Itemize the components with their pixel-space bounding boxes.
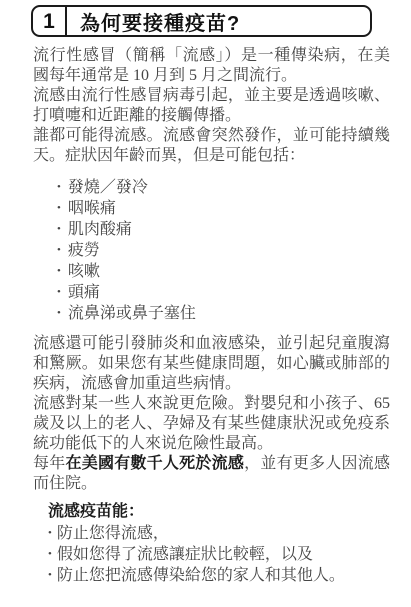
section-number: 1 bbox=[33, 7, 65, 35]
vaccine-benefit-item: •假如您得了流感讓症狀比較輕，以及 bbox=[48, 544, 390, 565]
section-title: 為何要接種疫苗? bbox=[67, 7, 240, 35]
mortality-prefix: 每年 bbox=[33, 455, 65, 472]
vaccine-benefit-item: •防止您把流感傳染給您的家人和其他人。 bbox=[48, 565, 390, 586]
list-item-text: 疲勞 bbox=[68, 242, 100, 259]
bullet-icon: • bbox=[57, 223, 61, 235]
section-header-box: 1 為何要接種疫苗? bbox=[31, 5, 372, 37]
paragraph-flu-transmission: 流感由流行性感冒病毒引起，並主要是透過咳嗽、打噴嚏和近距離的接觸傳播。 bbox=[33, 86, 390, 126]
bullet-icon: • bbox=[57, 202, 61, 214]
paragraph-flu-definition: 流行性感冒（簡稱「流感」）是一種傳染病，在美國每年通常是 10 月到 5 月之間… bbox=[33, 46, 390, 86]
paragraph-complications: 流感還可能引發肺炎和血液感染，並引起兒童腹瀉和驚厥。如果您有某些健康問題，如心臟… bbox=[33, 334, 390, 394]
list-item-text: 發燒／發冷 bbox=[68, 179, 148, 196]
bullet-icon: • bbox=[57, 265, 61, 277]
bullet-icon: • bbox=[57, 286, 61, 298]
bullet-icon: • bbox=[48, 548, 52, 560]
list-item-text: 假如您得了流感讓症狀比較輕，以及 bbox=[57, 546, 313, 563]
symptom-list: •發燒／發冷•咽喉痛•肌肉酸痛•疲勞•咳嗽•頭痛•流鼻涕或鼻子塞住 bbox=[33, 177, 390, 324]
symptom-item: •肌肉酸痛 bbox=[57, 219, 390, 240]
paragraph-mortality: 每年在美國有數千人死於流感，並有更多人因流感而住院。 bbox=[33, 454, 390, 494]
vaccine-benefits-heading: 流感疫苗能： bbox=[48, 502, 390, 522]
paragraph-flu-onset: 誰都可能得流感。流感會突然發作，並可能持續幾天。症狀因年齡而異，但是可能包括： bbox=[33, 126, 390, 166]
bullet-icon: • bbox=[48, 569, 52, 581]
bullet-icon: • bbox=[48, 527, 52, 539]
list-item-text: 流鼻涕或鼻子塞住 bbox=[68, 305, 196, 322]
list-item-text: 咳嗽 bbox=[68, 263, 100, 280]
symptom-item: •發燒／發冷 bbox=[57, 177, 390, 198]
document-body: 流行性感冒（簡稱「流感」）是一種傳染病，在美國每年通常是 10 月到 5 月之間… bbox=[33, 46, 390, 586]
symptom-item: •疲勞 bbox=[57, 240, 390, 261]
vaccine-benefits-section: 流感疫苗能： •防止您得流感，•假如您得了流感讓症狀比較輕，以及•防止您把流感傳… bbox=[33, 502, 390, 586]
symptom-item: •咽喉痛 bbox=[57, 198, 390, 219]
list-item-text: 頭痛 bbox=[68, 284, 100, 301]
bullet-icon: • bbox=[57, 307, 61, 319]
paragraph-high-risk-groups: 流感對某一些人來說更危險。對嬰兒和小孩子、65 歲及以上的老人、孕婦及有某些健康… bbox=[33, 394, 390, 454]
document-page: 1 為何要接種疫苗? 流行性感冒（簡稱「流感」）是一種傳染病，在美國每年通常是 … bbox=[0, 0, 411, 607]
list-item-text: 防止您得流感， bbox=[57, 525, 169, 542]
symptom-item: •咳嗽 bbox=[57, 261, 390, 282]
vaccine-benefit-item: •防止您得流感， bbox=[48, 523, 390, 544]
vaccine-benefits-list: •防止您得流感，•假如您得了流感讓症狀比較輕，以及•防止您把流感傳染給您的家人和… bbox=[48, 523, 390, 586]
bullet-icon: • bbox=[57, 181, 61, 193]
list-item-text: 防止您把流感傳染給您的家人和其他人。 bbox=[57, 567, 345, 584]
bullet-icon: • bbox=[57, 244, 61, 256]
symptom-item: •頭痛 bbox=[57, 282, 390, 303]
symptom-item: •流鼻涕或鼻子塞住 bbox=[57, 303, 390, 324]
list-item-text: 咽喉痛 bbox=[68, 200, 116, 217]
mortality-bold-text: 在美國有數千人死於流感 bbox=[65, 455, 244, 472]
list-item-text: 肌肉酸痛 bbox=[68, 221, 132, 238]
